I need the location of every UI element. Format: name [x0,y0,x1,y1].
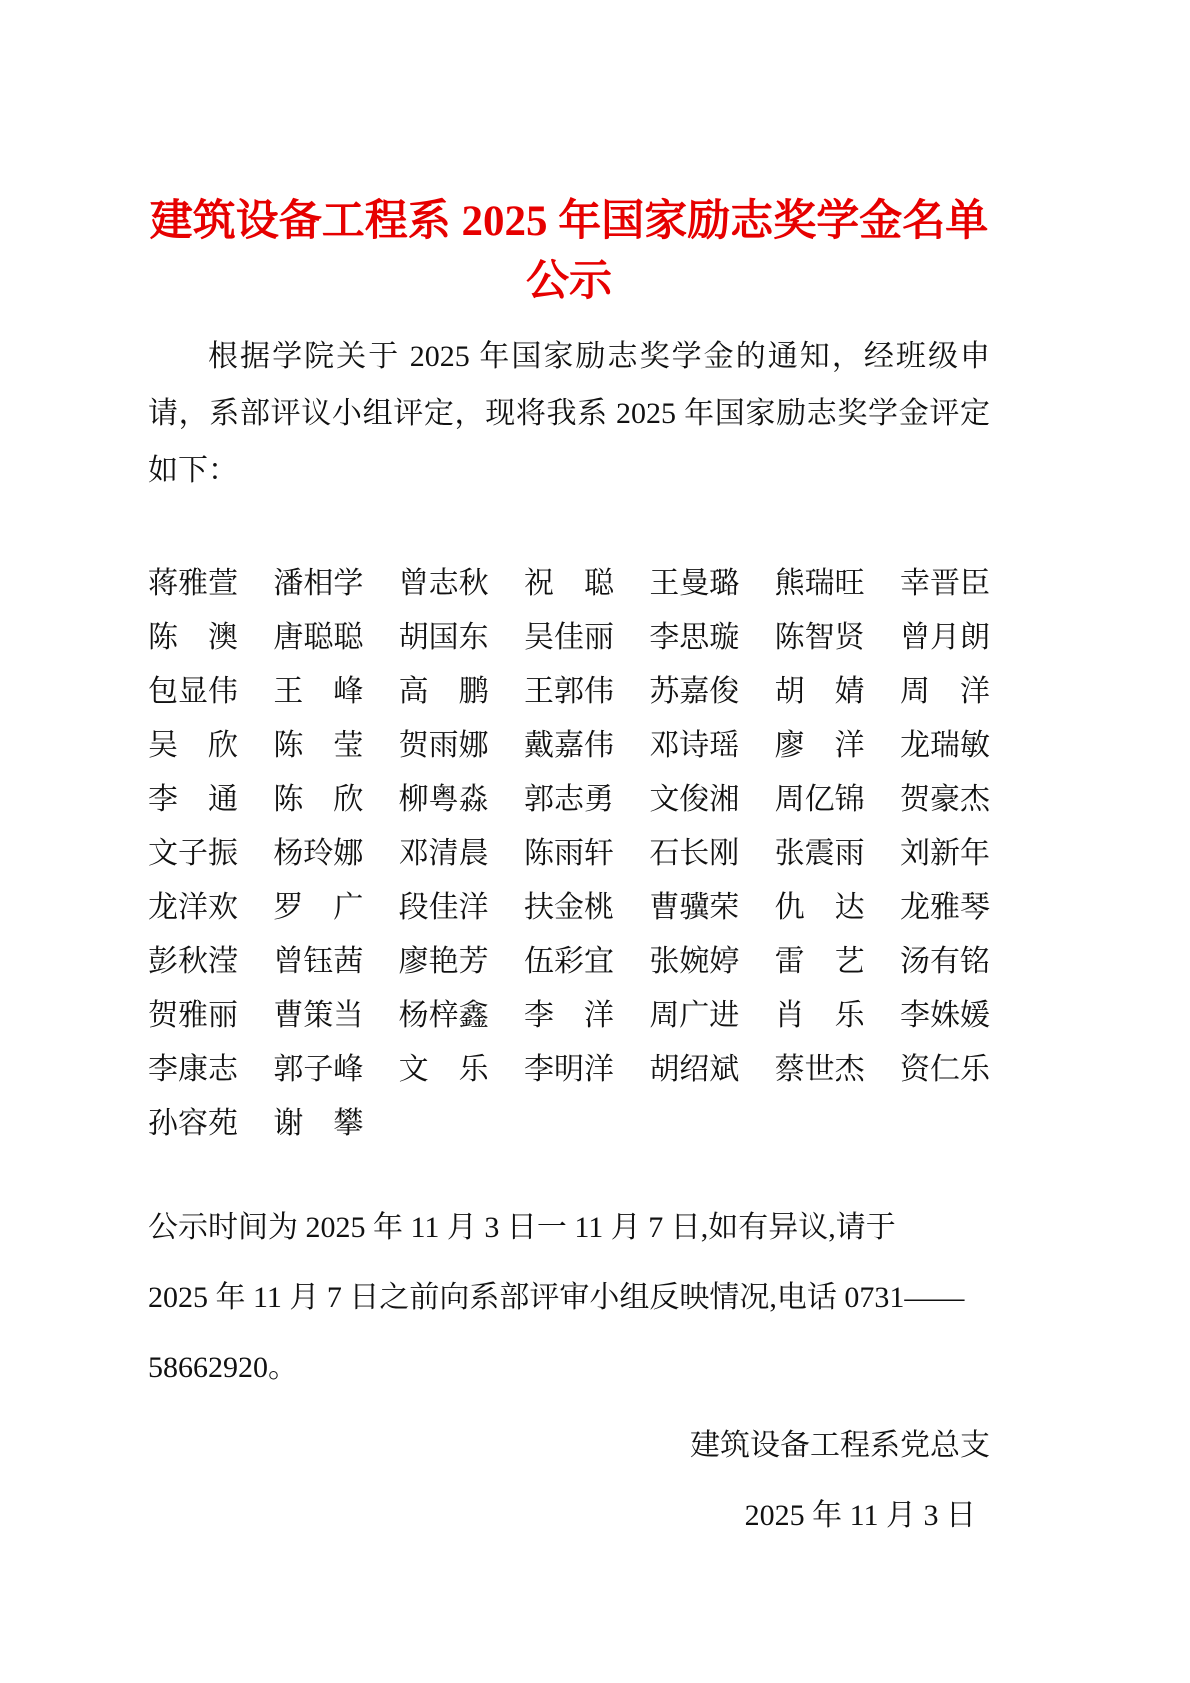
awardee-name: 周广进 [649,989,739,1043]
awardee-name: 曾月朗 [900,611,990,665]
awardee-name: 胡 婧 [775,665,865,719]
awardee-name: 伍彩宜 [524,935,614,989]
notice-line: 公示时间为 2025 年 11 月 3 日一 11 月 7 日,如有异议,请于 [148,1193,990,1263]
awardee-name: 陈智贤 [775,611,865,665]
awardee-name: 胡绍斌 [649,1043,739,1097]
awardee-name: 刘新年 [900,827,990,881]
awardee-name: 郭子峰 [273,1043,363,1097]
awardee-name: 龙雅琴 [900,881,990,935]
awardee-name: 资仁乐 [900,1043,990,1097]
awardee-name: 王曼璐 [649,557,739,611]
notice-line: 2025 年 11 月 7 日之前向系部评审小组反映情况,电话 0731—— [148,1263,990,1333]
awardee-name: 李思璇 [649,611,739,665]
notice-paragraph: 公示时间为 2025 年 11 月 3 日一 11 月 7 日,如有异议,请于 … [148,1193,990,1403]
awardee-name: 石长刚 [649,827,739,881]
awardee-name: 蒋雅萱 [148,557,238,611]
awardee-name: 王 峰 [273,665,363,719]
awardee-name: 曹策当 [273,989,363,1043]
awardee-name: 李 洋 [524,989,614,1043]
awardee-name: 李姝媛 [900,989,990,1043]
awardee-name: 龙洋欢 [148,881,238,935]
awardee-name: 李明洋 [524,1043,614,1097]
awardee-name: 杨玲娜 [273,827,363,881]
awardee-name: 曹骥荣 [649,881,739,935]
awardee-name: 胡国东 [399,611,489,665]
awardee-name: 唐聪聪 [273,611,363,665]
awardee-name: 贺雨娜 [399,719,489,773]
awardee-name: 罗 广 [273,881,363,935]
awardee-name: 仇 达 [775,881,865,935]
notice-line: 58662920。 [148,1333,990,1403]
awardee-name: 吴 欣 [148,719,238,773]
awardee-name: 曾钰茜 [273,935,363,989]
awardee-name: 祝 聪 [524,557,614,611]
awardee-name: 周亿锦 [775,773,865,827]
signature-org: 建筑设备工程系党总支 [148,1411,990,1481]
awardee-name: 吴佳丽 [524,611,614,665]
document-page: 建筑设备工程系 2025 年国家励志奖学金名单公示 根据学院关于 2025 年国… [0,0,1190,1683]
awardee-name: 雷 艺 [775,935,865,989]
awardee-name: 杨梓鑫 [399,989,489,1043]
awardee-name: 熊瑞旺 [775,557,865,611]
awardee-name: 苏嘉俊 [649,665,739,719]
document-content: 建筑设备工程系 2025 年国家励志奖学金名单公示 根据学院关于 2025 年国… [0,0,1190,1551]
awardee-names-grid: 蒋雅萱潘相学曾志秋祝 聪王曼璐熊瑞旺幸晋臣陈 澳唐聪聪胡国东吴佳丽李思璇陈智贤曾… [148,557,990,1151]
awardee-name: 文子振 [148,827,238,881]
awardee-name: 柳粤淼 [399,773,489,827]
awardee-name: 贺雅丽 [148,989,238,1043]
awardee-name: 曾志秋 [399,557,489,611]
awardee-name: 肖 乐 [775,989,865,1043]
awardee-name: 扶金桃 [524,881,614,935]
awardee-name: 邓清晨 [399,827,489,881]
awardee-name: 廖 洋 [775,719,865,773]
awardee-name: 戴嘉伟 [524,719,614,773]
awardee-name: 孙容苑 [148,1097,238,1151]
signature-date: 2025 年 11 月 3 日 [148,1481,990,1551]
intro-paragraph: 根据学院关于 2025 年国家励志奖学金的通知，经班级申请，系部评议小组评定，现… [148,328,990,499]
awardee-name: 段佳洋 [399,881,489,935]
signature-block: 建筑设备工程系党总支 2025 年 11 月 3 日 [148,1411,990,1551]
awardee-name: 文 乐 [399,1043,489,1097]
awardee-name: 陈 欣 [273,773,363,827]
awardee-name: 张震雨 [775,827,865,881]
awardee-name: 陈 澳 [148,611,238,665]
awardee-name: 陈 莹 [273,719,363,773]
awardee-name: 郭志勇 [524,773,614,827]
awardee-name: 高 鹏 [399,665,489,719]
awardee-name: 文俊湘 [649,773,739,827]
awardee-name: 陈雨轩 [524,827,614,881]
awardee-name: 彭秋滢 [148,935,238,989]
awardee-name: 谢 攀 [273,1097,363,1151]
awardee-name: 李康志 [148,1043,238,1097]
awardee-name: 张婉婷 [649,935,739,989]
awardee-name: 幸晋臣 [900,557,990,611]
awardee-name: 贺豪杰 [900,773,990,827]
awardee-name: 蔡世杰 [775,1043,865,1097]
awardee-name: 邓诗瑶 [649,719,739,773]
awardee-name: 王郭伟 [524,665,614,719]
awardee-name: 周 洋 [900,665,990,719]
awardee-name: 汤有铭 [900,935,990,989]
awardee-name: 包显伟 [148,665,238,719]
awardee-name: 廖艳芳 [399,935,489,989]
page-title: 建筑设备工程系 2025 年国家励志奖学金名单公示 [148,192,990,312]
awardee-name: 李 通 [148,773,238,827]
awardee-name: 龙瑞敏 [900,719,990,773]
awardee-name: 潘相学 [273,557,363,611]
